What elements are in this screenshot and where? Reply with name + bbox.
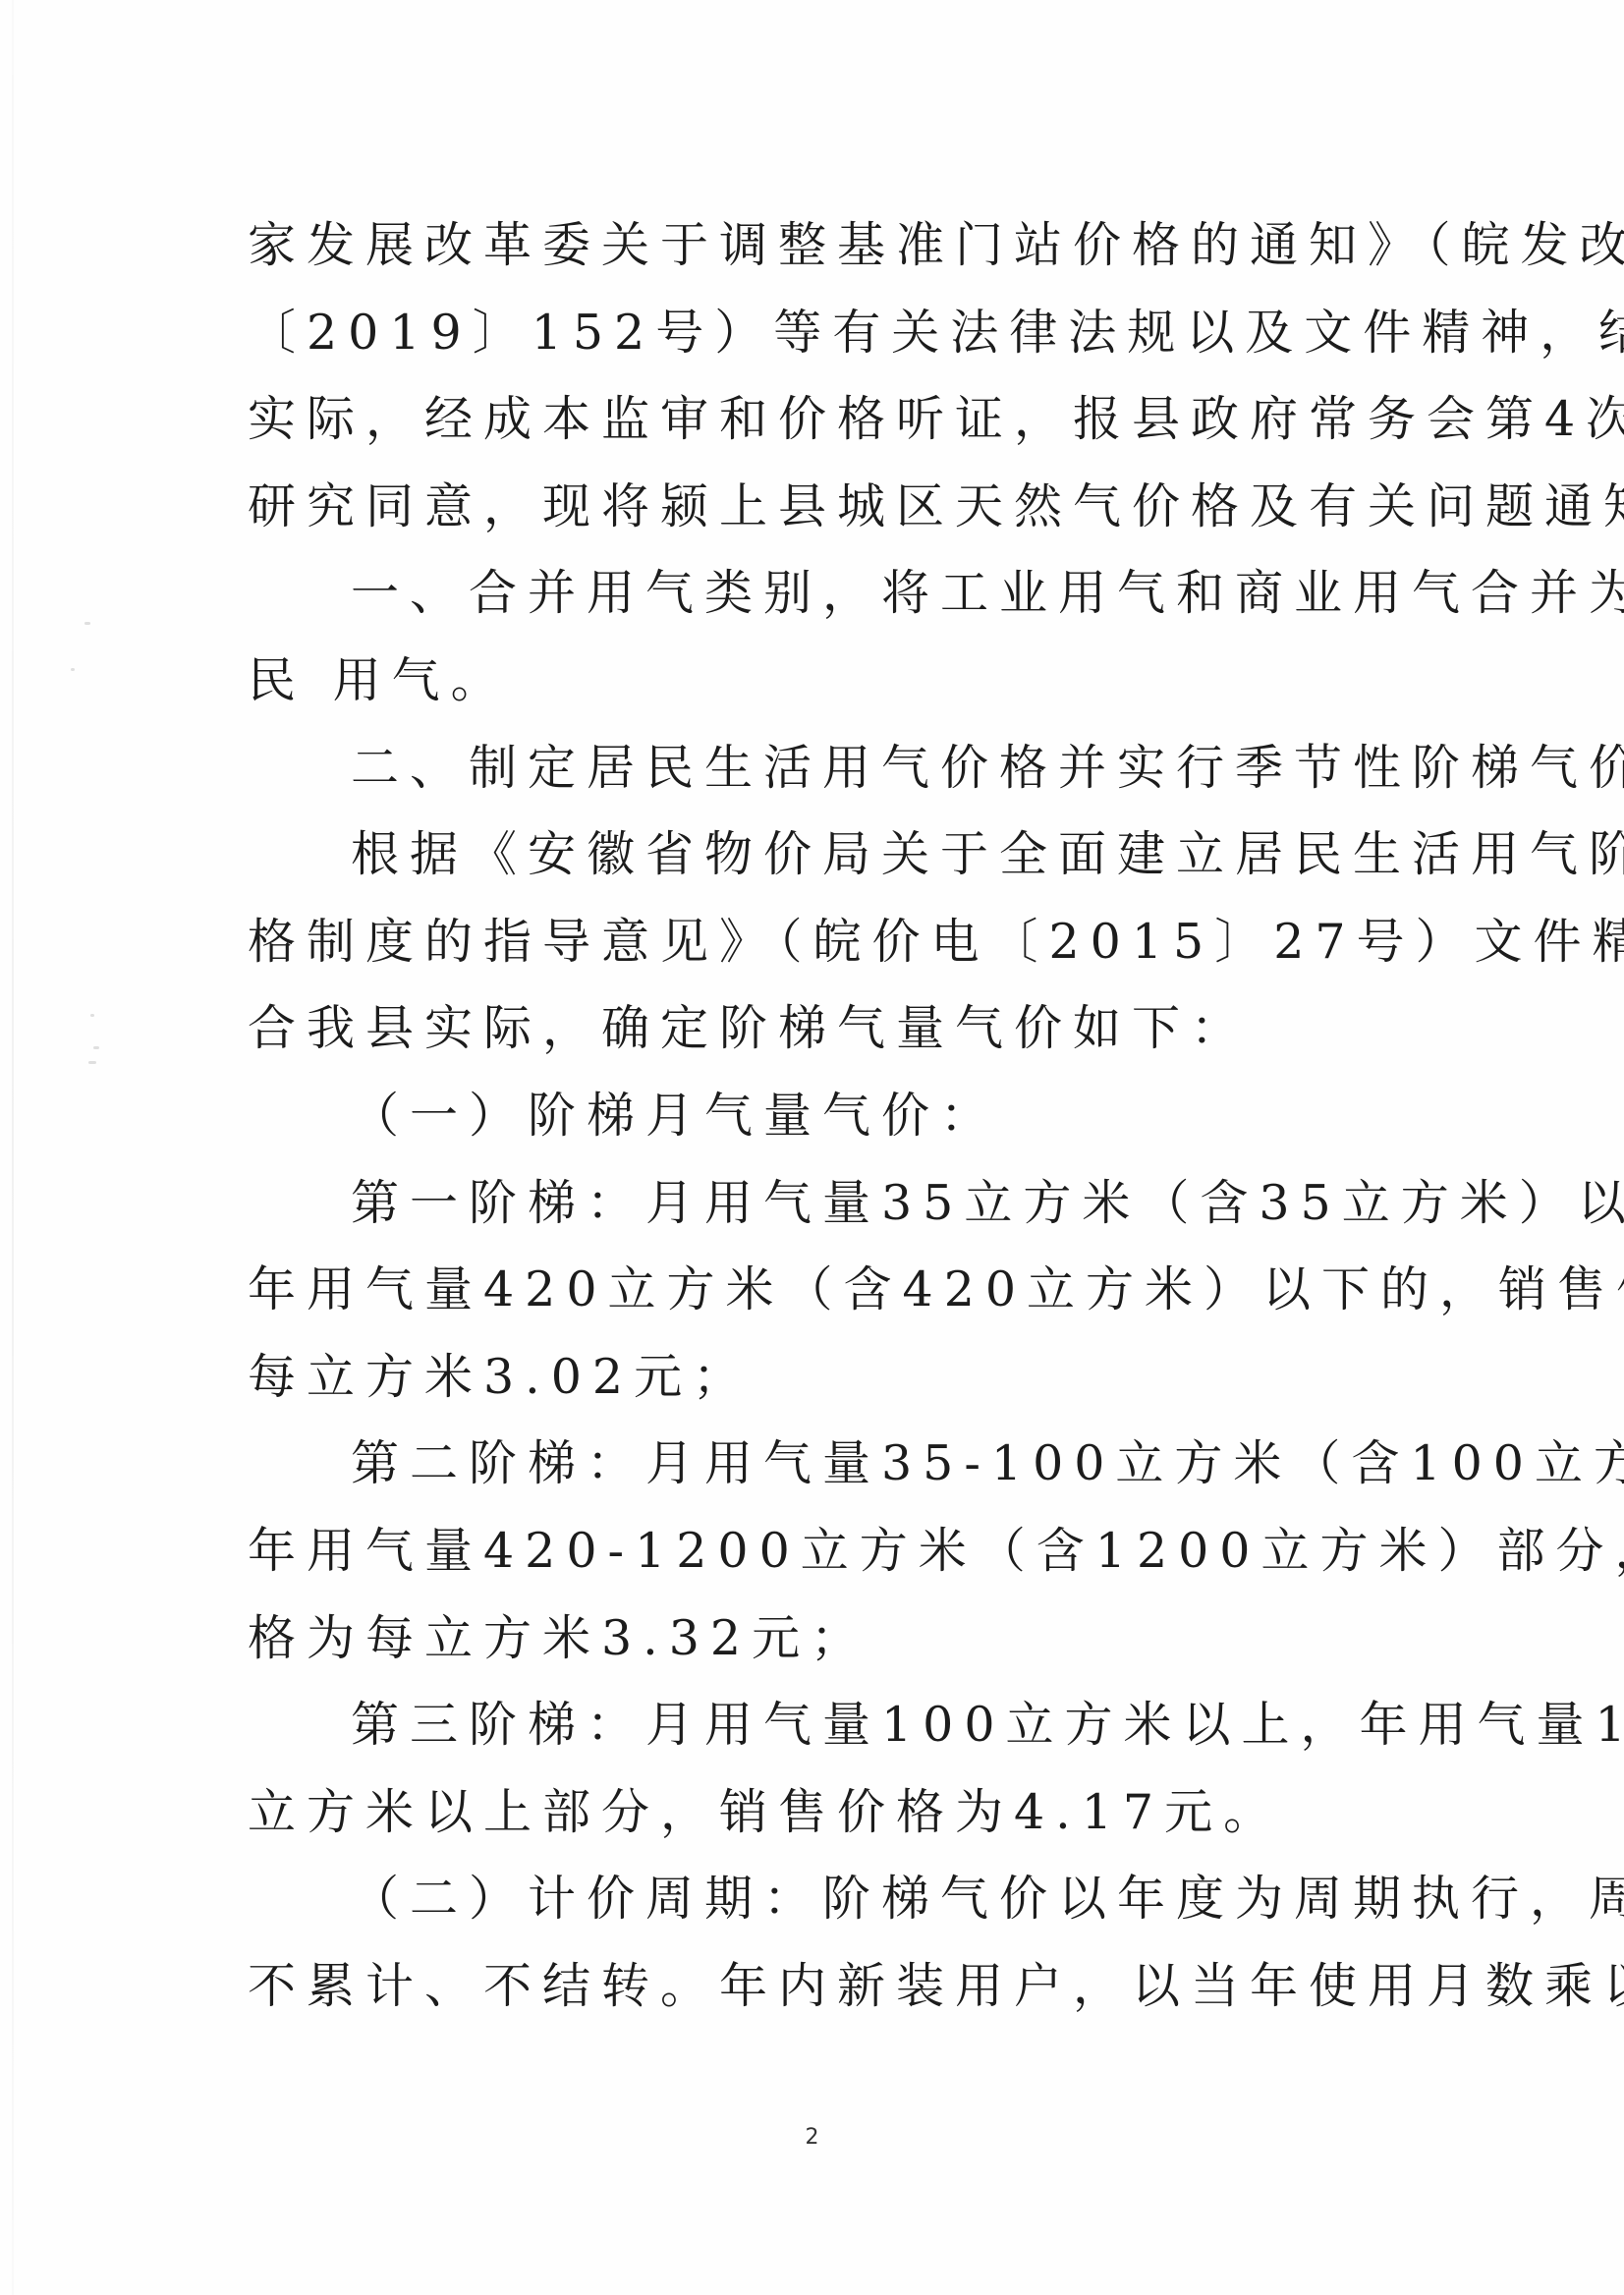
subsection-heading-2: （二）计价周期：阶梯气价以年度为周期执行，周期之间 bbox=[248, 1862, 1387, 1949]
tier-two-line: 第二阶梯：月用气量35-100立方米（含100立方米）， bbox=[248, 1427, 1387, 1514]
scan-speck bbox=[71, 668, 75, 671]
scan-edge-shadow bbox=[12, 0, 14, 2295]
text-line: 研究同意，现将颍上县城区天然气价格及有关问题通知如下： bbox=[248, 470, 1387, 557]
text-line: 民 用气。 bbox=[248, 644, 1387, 731]
tier-one-line: 第一阶梯：月用气量35立方米（含35立方米）以下， bbox=[248, 1166, 1387, 1254]
text-line: 实际，经成本监审和价格听证，报县政府常务会第4次会议 bbox=[248, 382, 1387, 470]
text-line: 合我县实际，确定阶梯气量气价如下： bbox=[248, 991, 1387, 1079]
text-line: 年用气量420-1200立方米（含1200立方米）部分，销售价 bbox=[248, 1514, 1387, 1601]
scan-speck bbox=[90, 1014, 94, 1017]
document-body: 家发展改革委关于调整基准门站价格的通知》（皖发改价格 〔2019〕152号）等有… bbox=[248, 208, 1387, 2036]
text-line: 根据《安徽省物价局关于全面建立居民生活用气阶梯价 bbox=[248, 817, 1387, 905]
tier-three-line: 第三阶梯：月用气量100立方米以上，年用气量1200 bbox=[248, 1688, 1387, 1775]
text-line: 每立方米3.02元； bbox=[248, 1340, 1387, 1427]
subsection-heading-1: （一）阶梯月气量气价： bbox=[248, 1079, 1387, 1166]
text-line: 〔2019〕152号）等有关法律法规以及文件精神，结合我县 bbox=[248, 296, 1387, 383]
text-line: 年用气量420立方米（含420立方米）以下的，销售价格为 bbox=[248, 1253, 1387, 1340]
section-heading-two: 二、制定居民生活用气价格并实行季节性阶梯气价 bbox=[248, 731, 1387, 818]
text-line: 不累计、不结转。年内新装用户，以当年使用月数乘以月定 bbox=[248, 1949, 1387, 2037]
scan-speck bbox=[93, 1046, 99, 1049]
scan-speck bbox=[84, 622, 90, 625]
text-line: 家发展改革委关于调整基准门站价格的通知》（皖发改价格 bbox=[248, 208, 1387, 296]
text-line: 格为每立方米3.32元； bbox=[248, 1601, 1387, 1689]
document-page: 家发展改革委关于调整基准门站价格的通知》（皖发改价格 〔2019〕152号）等有… bbox=[0, 0, 1624, 2295]
text-line: 格制度的指导意见》（皖价电〔2015〕27号）文件精神，结 bbox=[248, 905, 1387, 992]
scan-speck bbox=[88, 1061, 96, 1064]
page-number: 2 bbox=[0, 2125, 1624, 2150]
section-heading-one: 一、合并用气类别，将工业用气和商业用气合并为非居 bbox=[248, 556, 1387, 644]
text-line: 立方米以上部分，销售价格为4.17元。 bbox=[248, 1775, 1387, 1863]
